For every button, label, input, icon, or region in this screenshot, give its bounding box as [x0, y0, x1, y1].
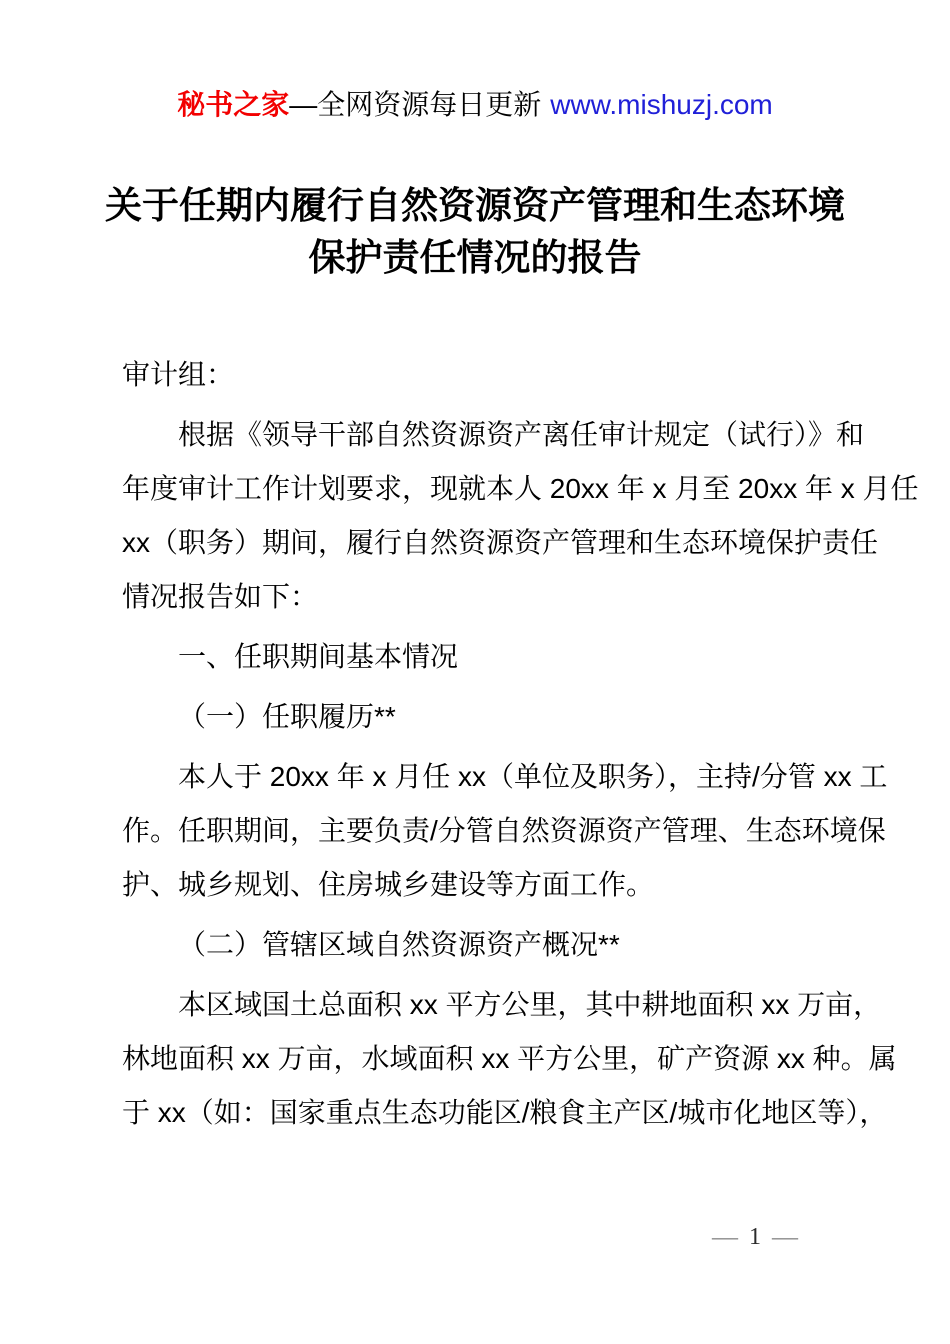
section-heading-paragraph: 一、任职期间基本情况 [122, 630, 833, 684]
body-line: 于 xx（如：国家重点生态功能区/粮食主产区/城市化地区等）， [122, 1086, 833, 1140]
paragraph: 本区域国土总面积 xx 平方公里，其中耕地面积 xx 万亩， 林地面积 xx 万… [122, 978, 833, 1140]
header-dash: — [289, 89, 317, 120]
body-line: 本人于 20xx 年 x 月任 xx（单位及职务），主持/分管 xx 工 [122, 750, 833, 804]
subsection-heading: （二）管辖区域自然资源资产概况** [122, 918, 833, 972]
section-heading: 一、任职期间基本情况 [122, 630, 833, 684]
page-number: — 1 — [712, 1224, 798, 1250]
paragraph: 本人于 20xx 年 x 月任 xx（单位及职务），主持/分管 xx 工 作。任… [122, 750, 833, 912]
body-line: 根据《领导干部自然资源资产离任审计规定（试行）》和 [122, 408, 833, 462]
site-brand: 秘书之家 [177, 89, 289, 120]
subsection-heading-paragraph: （二）管辖区域自然资源资产概况** [122, 918, 833, 972]
body-line: 护、城乡规划、住房城乡建设等方面工作。 [122, 858, 833, 912]
title-line-1: 关于任期内履行自然资源资产管理和生态环境 [0, 180, 950, 232]
document-page: 秘书之家—全网资源每日更新www.mishuzj.com 关于任期内履行自然资源… [0, 0, 950, 1344]
body-line: 年度审计工作计划要求，现就本人 20xx 年 x 月至 20xx 年 x 月任 [122, 462, 833, 516]
subsection-heading: （一）任职履历** [122, 690, 833, 744]
body-line: 作。任职期间，主要负责/分管自然资源资产管理、生态环境保 [122, 804, 833, 858]
body-line: 情况报告如下： [122, 570, 833, 624]
page-number-value: 1 [749, 1224, 761, 1250]
body-line: xx（职务）期间，履行自然资源资产管理和生态环境保护责任 [122, 516, 833, 570]
document-title: 关于任期内履行自然资源资产管理和生态环境 保护责任情况的报告 [0, 180, 950, 284]
page-number-dash-right: — [772, 1224, 798, 1250]
document-body: 审计组： 根据《领导干部自然资源资产离任审计规定（试行）》和 年度审计工作计划要… [122, 348, 833, 1140]
salutation-paragraph: 审计组： [122, 348, 833, 402]
salutation: 审计组： [122, 348, 833, 402]
body-line: 林地面积 xx 万亩，水域面积 xx 平方公里，矿产资源 xx 种。属 [122, 1032, 833, 1086]
site-header: 秘书之家—全网资源每日更新www.mishuzj.com [0, 0, 950, 125]
body-line: 本区域国土总面积 xx 平方公里，其中耕地面积 xx 万亩， [122, 978, 833, 1032]
title-line-2: 保护责任情况的报告 [0, 232, 950, 284]
page-number-dash-left: — [712, 1224, 738, 1250]
site-url-link[interactable]: www.mishuzj.com [550, 89, 772, 120]
subsection-heading-paragraph: （一）任职履历** [122, 690, 833, 744]
paragraph: 根据《领导干部自然资源资产离任审计规定（试行）》和 年度审计工作计划要求，现就本… [122, 408, 833, 624]
site-tagline: 全网资源每日更新 [317, 89, 541, 120]
